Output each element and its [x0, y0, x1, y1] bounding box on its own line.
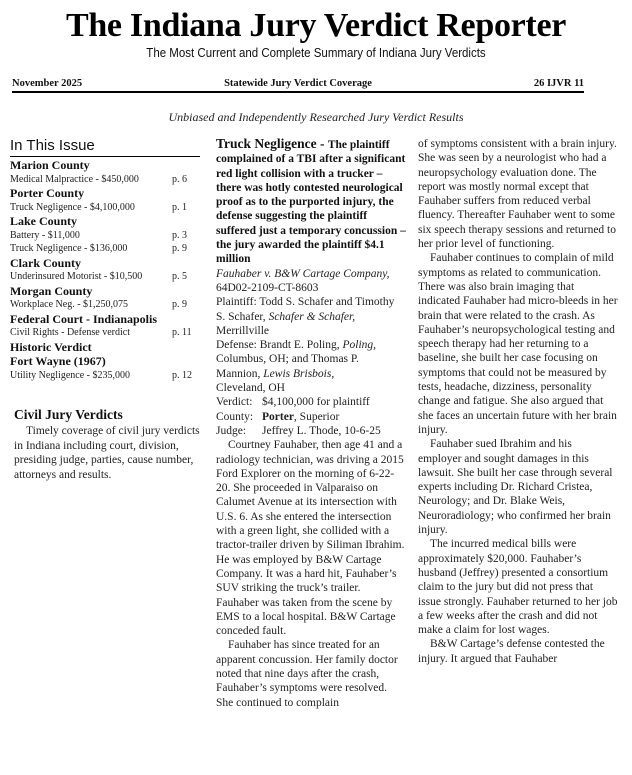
county-row: County:Porter, Superior	[216, 410, 406, 424]
civil-jury-verdicts-title: Civil Jury Verdicts	[14, 406, 204, 424]
issue-item-page: p. 11	[172, 326, 192, 340]
article-paragraph: Fauhaber has since treated for an appare…	[216, 638, 406, 709]
county-value: Porter	[262, 411, 294, 423]
plaintiff-attorneys-1: Todd S. Schafer and	[259, 296, 352, 308]
dateline-citation: 26 IJVR 11	[534, 77, 584, 90]
issue-item[interactable]: Civil Rights - Defense verdictp. 11	[10, 326, 200, 340]
article-column-1: Truck Negligence - The plaintiff complai…	[216, 137, 406, 710]
plaintiff-city: Merrillville	[216, 325, 269, 337]
county-label: County:	[216, 410, 262, 424]
issue-item-page: p. 3	[172, 229, 187, 243]
issue-item[interactable]: Medical Malpractice - $450,000p. 6	[10, 173, 200, 187]
dateline: Statewide Jury Verdict Coverage November…	[12, 77, 584, 93]
dateline-section: Statewide Jury Verdict Coverage	[12, 77, 584, 90]
defense-attorney-3: Mannion,	[216, 368, 260, 380]
defense-attorney-2: Columbus, OH; and Thomas P.	[216, 353, 359, 365]
issue-item-page: p. 1	[172, 201, 187, 215]
issue-item-label: Medical Malpractice - $450,000	[10, 174, 139, 185]
issue-county: Porter County	[10, 186, 200, 201]
article-kicker: Truck Negligence -	[216, 136, 328, 151]
issue-item-label: Battery - $11,000	[10, 230, 80, 241]
issue-item-page: p. 5	[172, 270, 187, 284]
issue-county: Fort Wayne (1967)	[10, 354, 200, 369]
in-this-issue: In This Issue Marion County Medical Malp…	[10, 137, 200, 382]
article-paragraph: Fauhaber continues to complain of mild s…	[418, 251, 618, 437]
verdict-value: $4,100,000 for plaintiff	[262, 396, 370, 408]
plaintiff-firm: Schafer & Schafer,	[269, 311, 356, 323]
article-paragraph: of symptoms consistent with a brain inju…	[418, 137, 618, 251]
judge-row: Judge:Jeffrey L. Thode, 10-6-25	[216, 424, 406, 438]
issue-county: Marion County	[10, 158, 200, 173]
defense-counsel: Defense: Brandt E. Poling, Poling, Colum…	[216, 338, 406, 395]
article-column-2: of symptoms consistent with a brain inju…	[418, 137, 618, 666]
in-this-issue-title: In This Issue	[10, 137, 200, 157]
issue-item-page: p. 12	[172, 369, 192, 383]
defense-label: Defense:	[216, 339, 257, 351]
masthead-subtitle: The Most Current and Complete Summary of…	[25, 45, 606, 61]
issue-county: Clark County	[10, 256, 200, 271]
issue-item[interactable]: Utility Negligence - $235,000p. 12	[10, 369, 200, 383]
issue-item[interactable]: Workplace Neg. - $1,250,075p. 9	[10, 298, 200, 312]
civil-jury-verdicts-box: Civil Jury Verdicts Timely coverage of c…	[14, 406, 204, 482]
dateline-date: November 2025	[12, 77, 82, 90]
verdict-row: Verdict:$4,100,000 for plaintiff	[216, 395, 406, 409]
article-paragraph: Courtney Fauhaber, then age 41 and a rad…	[216, 438, 406, 638]
issue-item-label: Civil Rights - Defense verdict	[10, 327, 130, 338]
article-paragraph: B&W Cartage’s defense contested the inju…	[418, 637, 618, 666]
issue-item[interactable]: Battery - $11,000p. 3	[10, 229, 200, 243]
issue-county: Federal Court - Indianapolis	[10, 312, 200, 327]
masthead-title: The Indiana Jury Verdict Reporter	[0, 6, 632, 46]
issue-item-page: p. 9	[172, 298, 187, 312]
plaintiff-counsel: Plaintiff: Todd S. Schafer and Timothy S…	[216, 295, 406, 338]
tagline: Unbiased and Independently Researched Ju…	[0, 110, 632, 125]
issue-item-label: Underinsured Motorist - $10,500	[10, 271, 142, 282]
issue-item[interactable]: Truck Negligence - $136,000p. 9	[10, 242, 200, 256]
issue-item-label: Utility Negligence - $235,000	[10, 370, 130, 381]
issue-county: Morgan County	[10, 284, 200, 299]
issue-county: Lake County	[10, 214, 200, 229]
article-deck: The plaintiff complained of a TBI after …	[216, 139, 406, 265]
case-caption: Fauhaber v. B&W Cartage Company,	[216, 267, 406, 281]
defense-firm-1: Poling,	[343, 339, 377, 351]
county-court: , Superior	[294, 411, 339, 423]
case-name: Fauhaber v. B&W Cartage Company,	[216, 268, 390, 280]
article-paragraph: Fauhaber sued Ibrahim and his employer a…	[418, 437, 618, 537]
plaintiff-label: Plaintiff:	[216, 296, 257, 308]
issue-item[interactable]: Underinsured Motorist - $10,500p. 5	[10, 270, 200, 284]
issue-item-page: p. 6	[172, 173, 187, 187]
article-paragraph: The incurred medical bills were approxim…	[418, 537, 618, 637]
issue-item-label: Truck Negligence - $4,100,000	[10, 202, 135, 213]
defense-city-2: Cleveland, OH	[216, 381, 406, 395]
article-headline: Truck Negligence - The plaintiff complai…	[216, 137, 406, 267]
civil-jury-verdicts-body: Timely coverage of civil jury verdicts i…	[14, 424, 204, 482]
issue-item-page: p. 9	[172, 242, 187, 256]
defense-firm-2: Lewis Brisbois,	[263, 368, 334, 380]
issue-item[interactable]: Truck Negligence - $4,100,000p. 1	[10, 201, 200, 215]
issue-item-label: Workplace Neg. - $1,250,075	[10, 299, 128, 310]
judge-label: Judge:	[216, 424, 262, 438]
cause-number: 64D02-2109-CT-8603	[216, 281, 406, 295]
defense-attorney-1: Brandt E. Poling,	[260, 339, 340, 351]
issue-item-label: Truck Negligence - $136,000	[10, 243, 127, 254]
issue-county: Historic Verdict	[10, 340, 200, 355]
judge-value: Jeffrey L. Thode, 10-6-25	[262, 425, 381, 437]
verdict-label: Verdict:	[216, 395, 262, 409]
